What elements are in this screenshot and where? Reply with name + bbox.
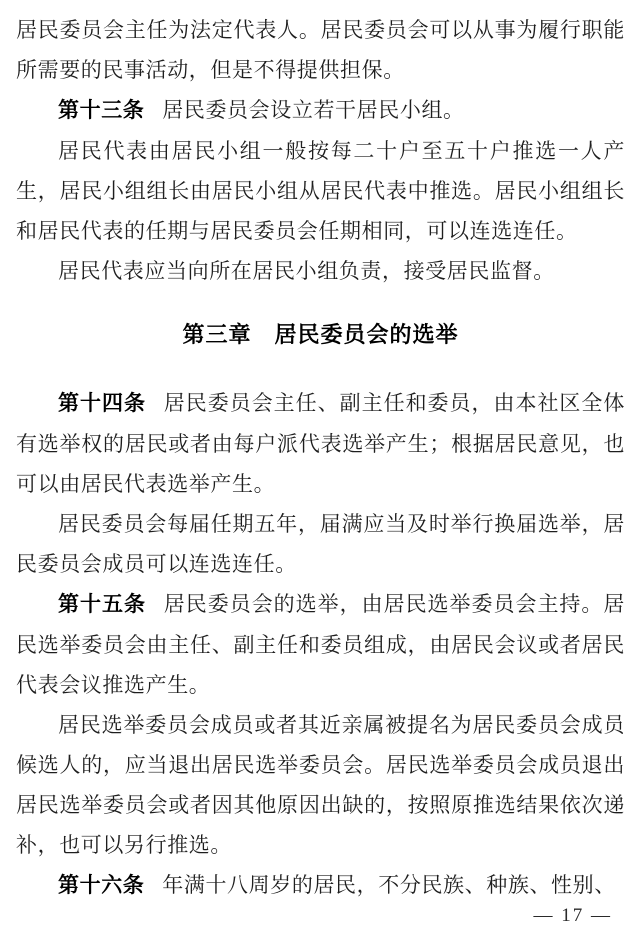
paragraph-text: 居民代表应当向所在居民小组负责，接受居民监督。 <box>58 259 555 283</box>
article-paragraph: 第十三条居民委员会设立若干居民小组。 <box>16 90 625 131</box>
paragraph-text: 居民代表由居民小组一般按每二十户至五十户推选一人产生，居民小组组长由居民小组从居… <box>16 139 625 243</box>
body-paragraph: 居民委员会每届任期五年，届满应当及时举行换届选举，居民委员会成员可以连选连任。 <box>16 504 625 584</box>
body-paragraph: 居民代表由居民小组一般按每二十户至五十户推选一人产生，居民小组组长由居民小组从居… <box>16 131 625 251</box>
document-body: 居民委员会主任为法定代表人。居民委员会可以从事为履行职能所需要的民事活动，但是不… <box>16 10 625 906</box>
article-paragraph: 第十五条居民委员会的选举，由居民选举委员会主持。居民选举委员会由主任、副主任和委… <box>16 584 625 705</box>
article-paragraph: 第十六条年满十八周岁的居民，不分民族、种族、性别、 <box>16 865 625 906</box>
body-paragraph: 居民代表应当向所在居民小组负责，接受居民监督。 <box>16 251 625 291</box>
page-number: — 17 — <box>534 905 613 927</box>
paragraph-text: 年满十八周岁的居民，不分民族、种族、性别、 <box>162 873 616 897</box>
paragraph-text: 居民委员会每届任期五年，届满应当及时举行换届选举，居民委员会成员可以连选连任。 <box>16 512 625 576</box>
article-number-label: 第十六条 <box>58 874 144 897</box>
paragraph-text: 居民委员会主任为法定代表人。居民委员会可以从事为履行职能所需要的民事活动，但是不… <box>16 18 625 82</box>
paragraph-text: 居民委员会设立若干居民小组。 <box>162 98 464 122</box>
article-number-label: 第十三条 <box>58 99 144 122</box>
paragraph-text: 居民选举委员会成员或者其近亲属被提名为居民委员会成员候选人的，应当退出居民选举委… <box>16 713 625 857</box>
chapter-heading: 第三章 居民委员会的选举 <box>16 315 625 355</box>
article-number-label: 第十四条 <box>58 392 146 415</box>
document-page: 居民委员会主任为法定代表人。居民委员会可以从事为履行职能所需要的民事活动，但是不… <box>0 0 640 947</box>
body-paragraph: 居民选举委员会成员或者其近亲属被提名为居民委员会成员候选人的，应当退出居民选举委… <box>16 705 625 865</box>
body-paragraph: 居民委员会主任为法定代表人。居民委员会可以从事为履行职能所需要的民事活动，但是不… <box>16 10 625 90</box>
article-paragraph: 第十四条居民委员会主任、副主任和委员，由本社区全体有选举权的居民或者由每户派代表… <box>16 383 625 504</box>
article-number-label: 第十五条 <box>58 593 146 616</box>
